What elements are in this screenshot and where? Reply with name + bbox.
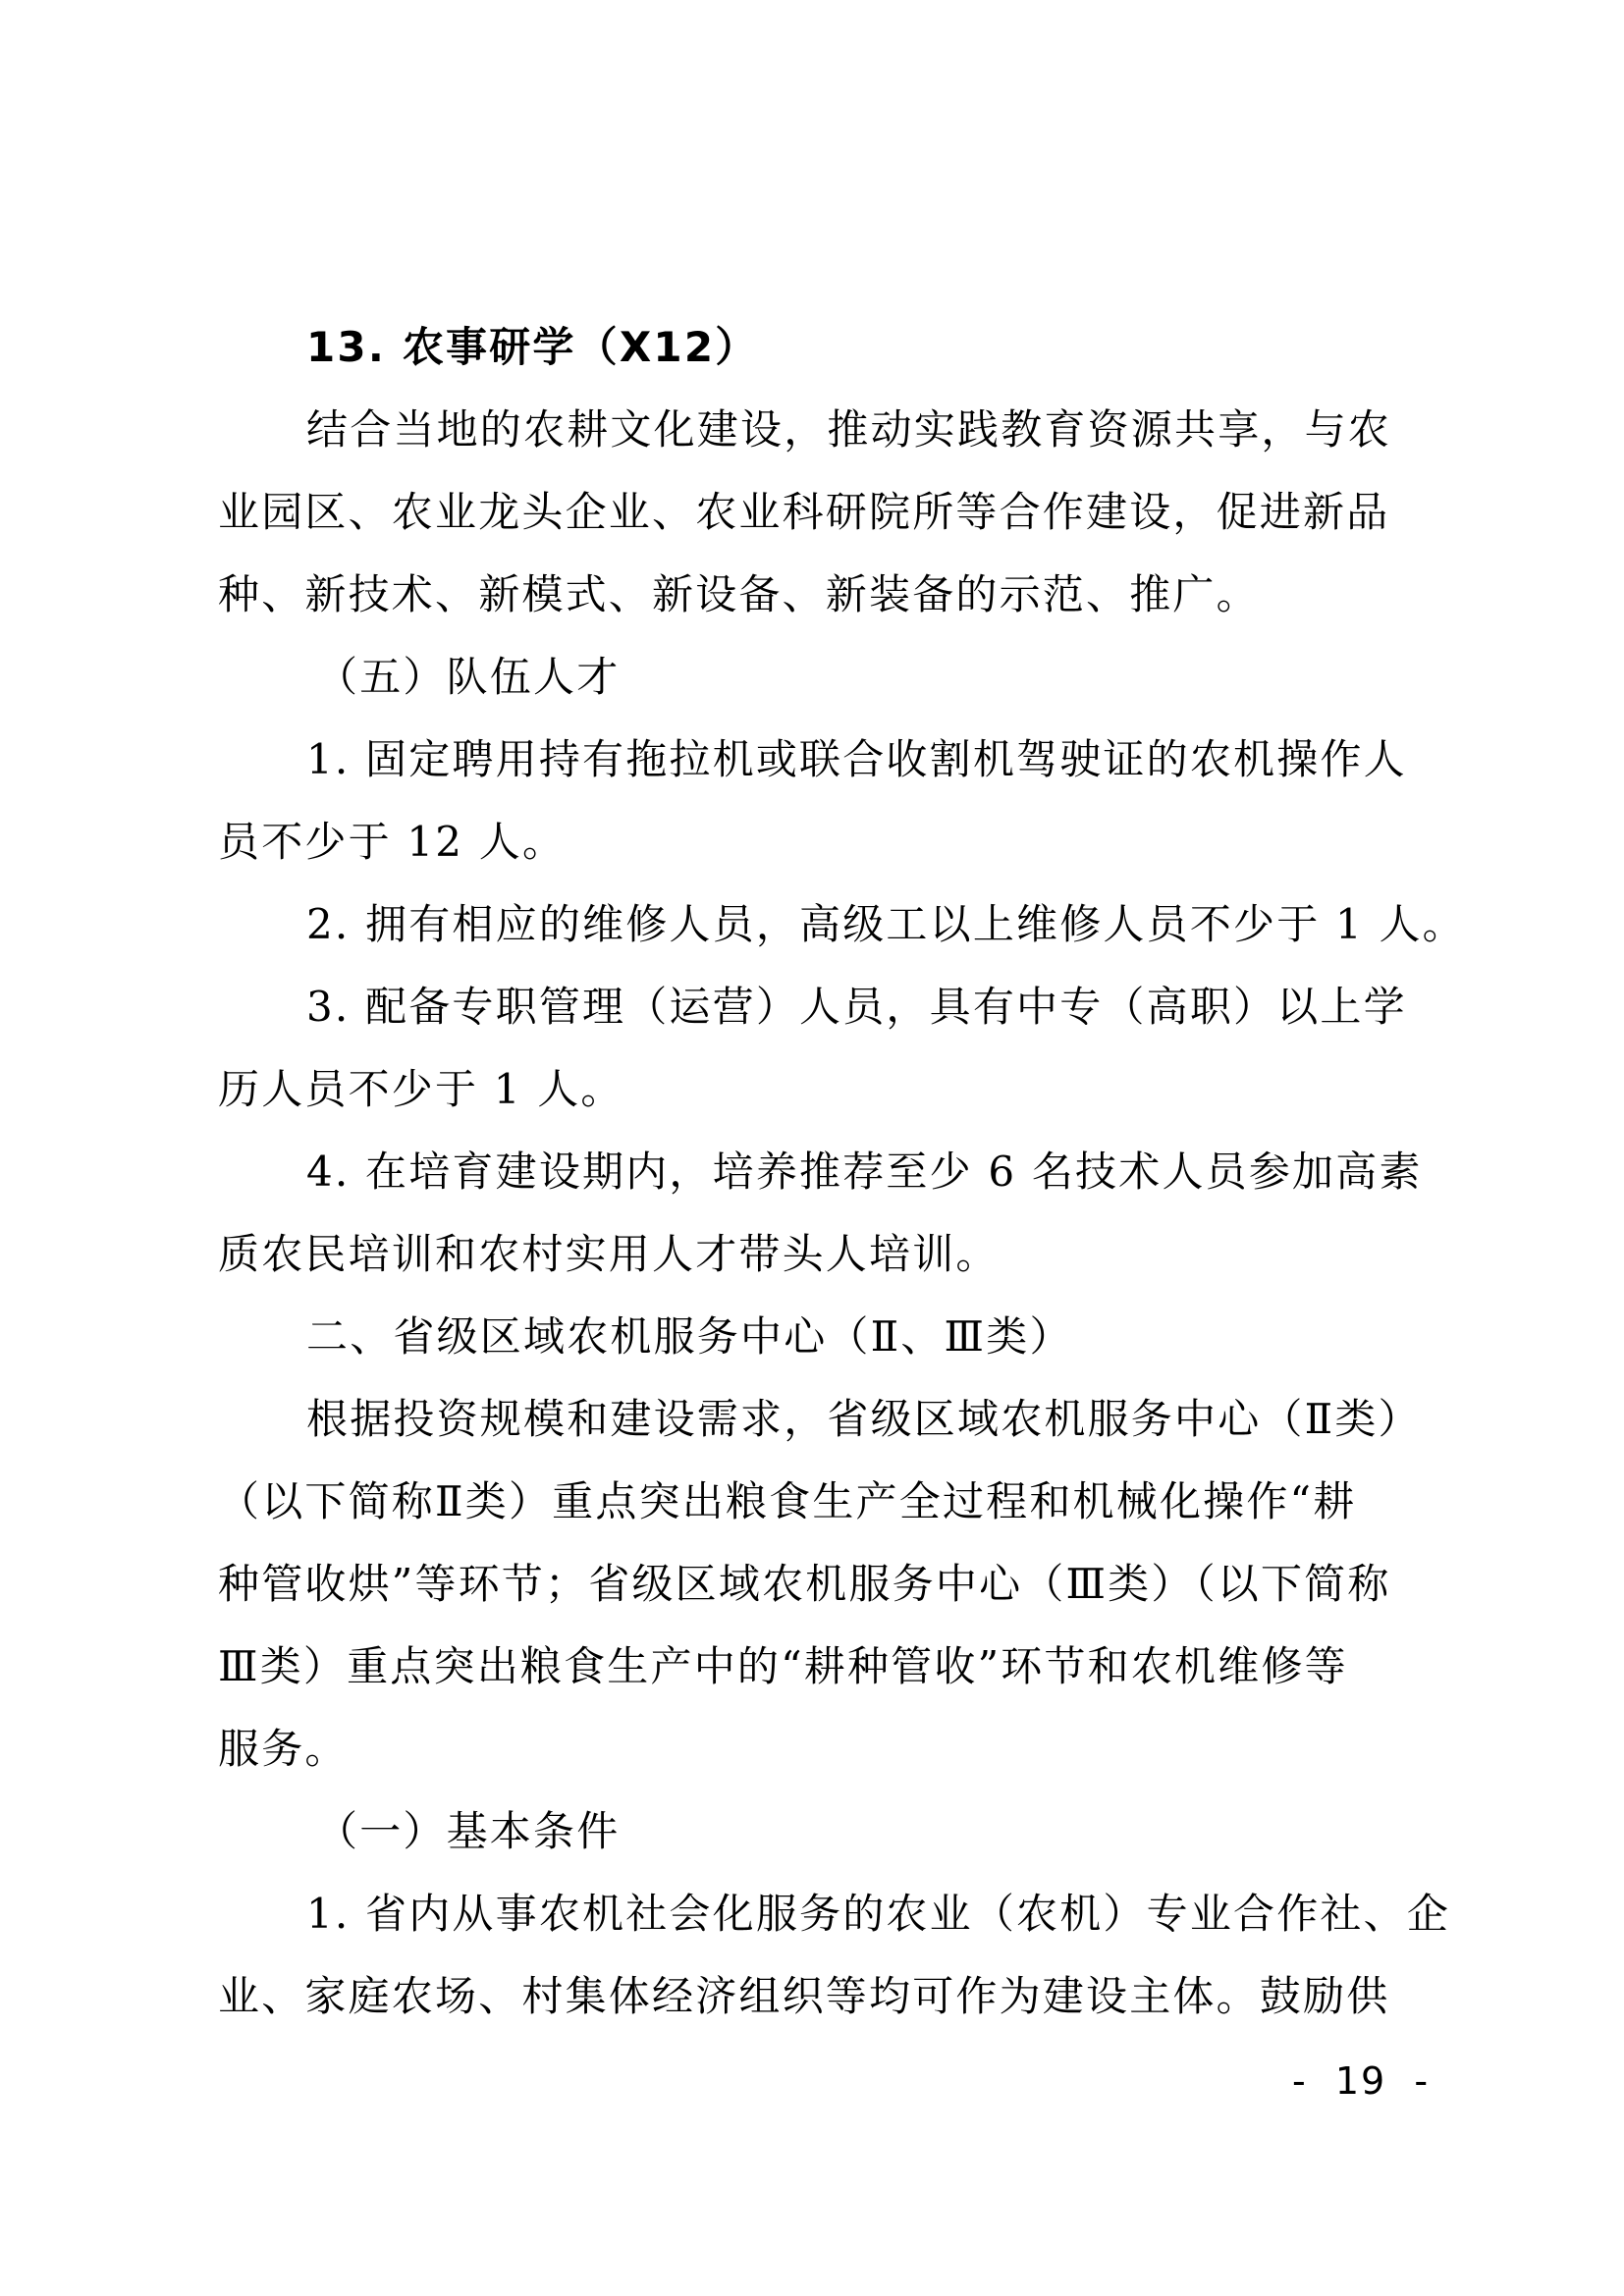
list-item-line: 1. 省内从事农机社会化服务的农业（农机）专业合作社、企 <box>218 1873 1408 1955</box>
list-item-line: 2. 拥有相应的维修人员，高级工以上维修人员不少于 1 人。 <box>218 883 1408 966</box>
page-number: - 19 - <box>1292 2059 1430 2103</box>
list-item-line: 4. 在培育建设期内，培养推荐至少 6 名技术人员参加高素 <box>218 1131 1408 1213</box>
paragraph-line: 种、新技术、新模式、新设备、新装备的示范、推广。 <box>218 554 1408 636</box>
paragraph-line: 结合当地的农耕文化建设，推动实践教育资源共享，与农 <box>218 389 1408 471</box>
list-item-line: 质农民培训和农村实用人才带头人培训。 <box>218 1213 1408 1296</box>
section-heading-agri-study: 13. 农事研学（X12） <box>218 306 1408 389</box>
list-item-line: 员不少于 12 人。 <box>218 801 1408 883</box>
list-item-line: 1. 固定聘用持有拖拉机或联合收割机驾驶证的农机操作人 <box>218 719 1408 801</box>
paragraph-line: （以下简称Ⅱ类）重点突出粮食生产全过程和机械化操作“耕 <box>218 1461 1408 1543</box>
list-item-line: 历人员不少于 1 人。 <box>218 1048 1408 1131</box>
subsection-heading-basic-conditions: （一）基本条件 <box>218 1790 1408 1873</box>
paragraph-line: 种管收烘”等环节；省级区域农机服务中心（Ⅲ类）（以下简称 <box>218 1543 1408 1626</box>
paragraph-line: Ⅲ类）重点突出粮食生产中的“耕种管收”环节和农机维修等 <box>218 1626 1408 1708</box>
document-page: 13. 农事研学（X12） 结合当地的农耕文化建设，推动实践教育资源共享，与农 … <box>218 306 1408 2038</box>
subsection-heading-team: （五）队伍人才 <box>218 636 1408 719</box>
list-item-line: 3. 配备专职管理（运营）人员，具有中专（高职）以上学 <box>218 966 1408 1048</box>
section-heading-provincial-center: 二、省级区域农机服务中心（Ⅱ、Ⅲ类） <box>218 1296 1408 1378</box>
paragraph-line: 服务。 <box>218 1708 1408 1790</box>
paragraph-line: 业园区、农业龙头企业、农业科研院所等合作建设，促进新品 <box>218 471 1408 554</box>
paragraph-line: 根据投资规模和建设需求，省级区域农机服务中心（Ⅱ类） <box>218 1378 1408 1461</box>
list-item-line: 业、家庭农场、村集体经济组织等均可作为建设主体。鼓励供 <box>218 1955 1408 2038</box>
